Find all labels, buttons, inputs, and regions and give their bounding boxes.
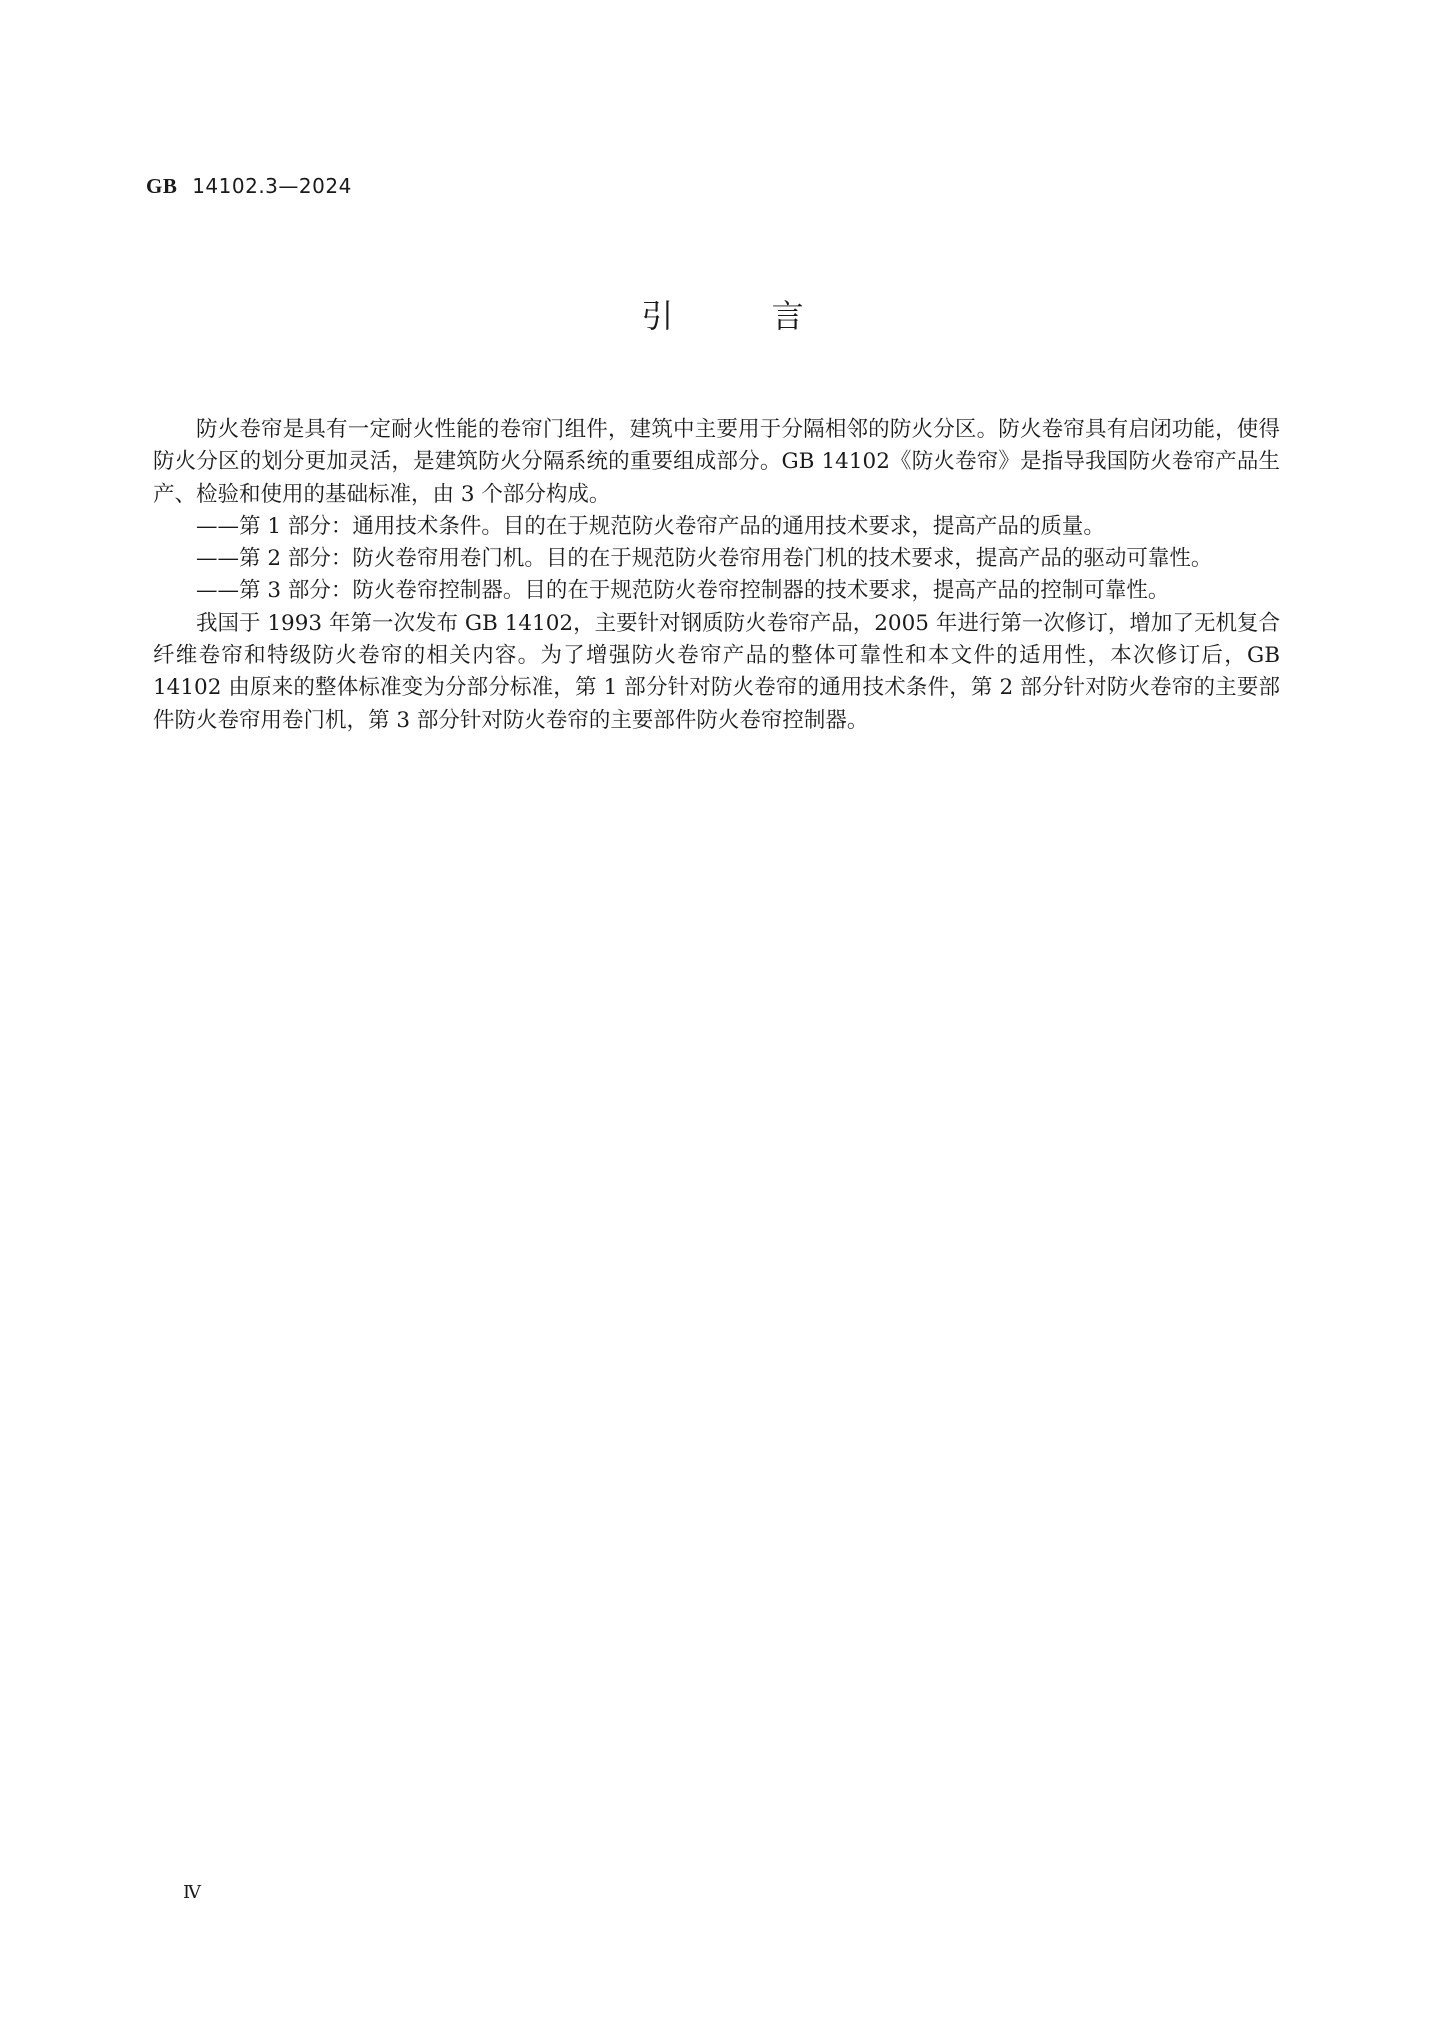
list-item-part-3: ——第 3 部分：防火卷帘控制器。目的在于规范防火卷帘控制器的技术要求，提高产品… (153, 575, 1280, 607)
section-title: 引 言 (0, 296, 1445, 336)
intro-paragraph-1: 防火卷帘是具有一定耐火性能的卷帘门组件，建筑中主要用于分隔相邻的防火分区。防火卷… (153, 414, 1280, 511)
title-char-2: 言 (772, 296, 804, 336)
list-item-part-2: ——第 2 部分：防火卷帘用卷门机。目的在于规范防火卷帘用卷门机的技术要求，提高… (153, 543, 1280, 575)
page-number: Ⅳ (183, 1882, 201, 1903)
standard-code: 14102.3—2024 (192, 174, 352, 198)
title-char-1: 引 (641, 296, 673, 336)
introduction-body: 防火卷帘是具有一定耐火性能的卷帘门组件，建筑中主要用于分隔相邻的防火分区。防火卷… (153, 414, 1280, 737)
list-item-part-1: ——第 1 部分：通用技术条件。目的在于规范防火卷帘产品的通用技术要求，提高产品… (153, 511, 1280, 543)
standard-prefix: GB (146, 174, 177, 198)
intro-paragraph-2: 我国于 1993 年第一次发布 GB 14102，主要针对钢质防火卷帘产品，20… (153, 608, 1280, 737)
document-header: GB 14102.3—2024 (146, 174, 352, 199)
